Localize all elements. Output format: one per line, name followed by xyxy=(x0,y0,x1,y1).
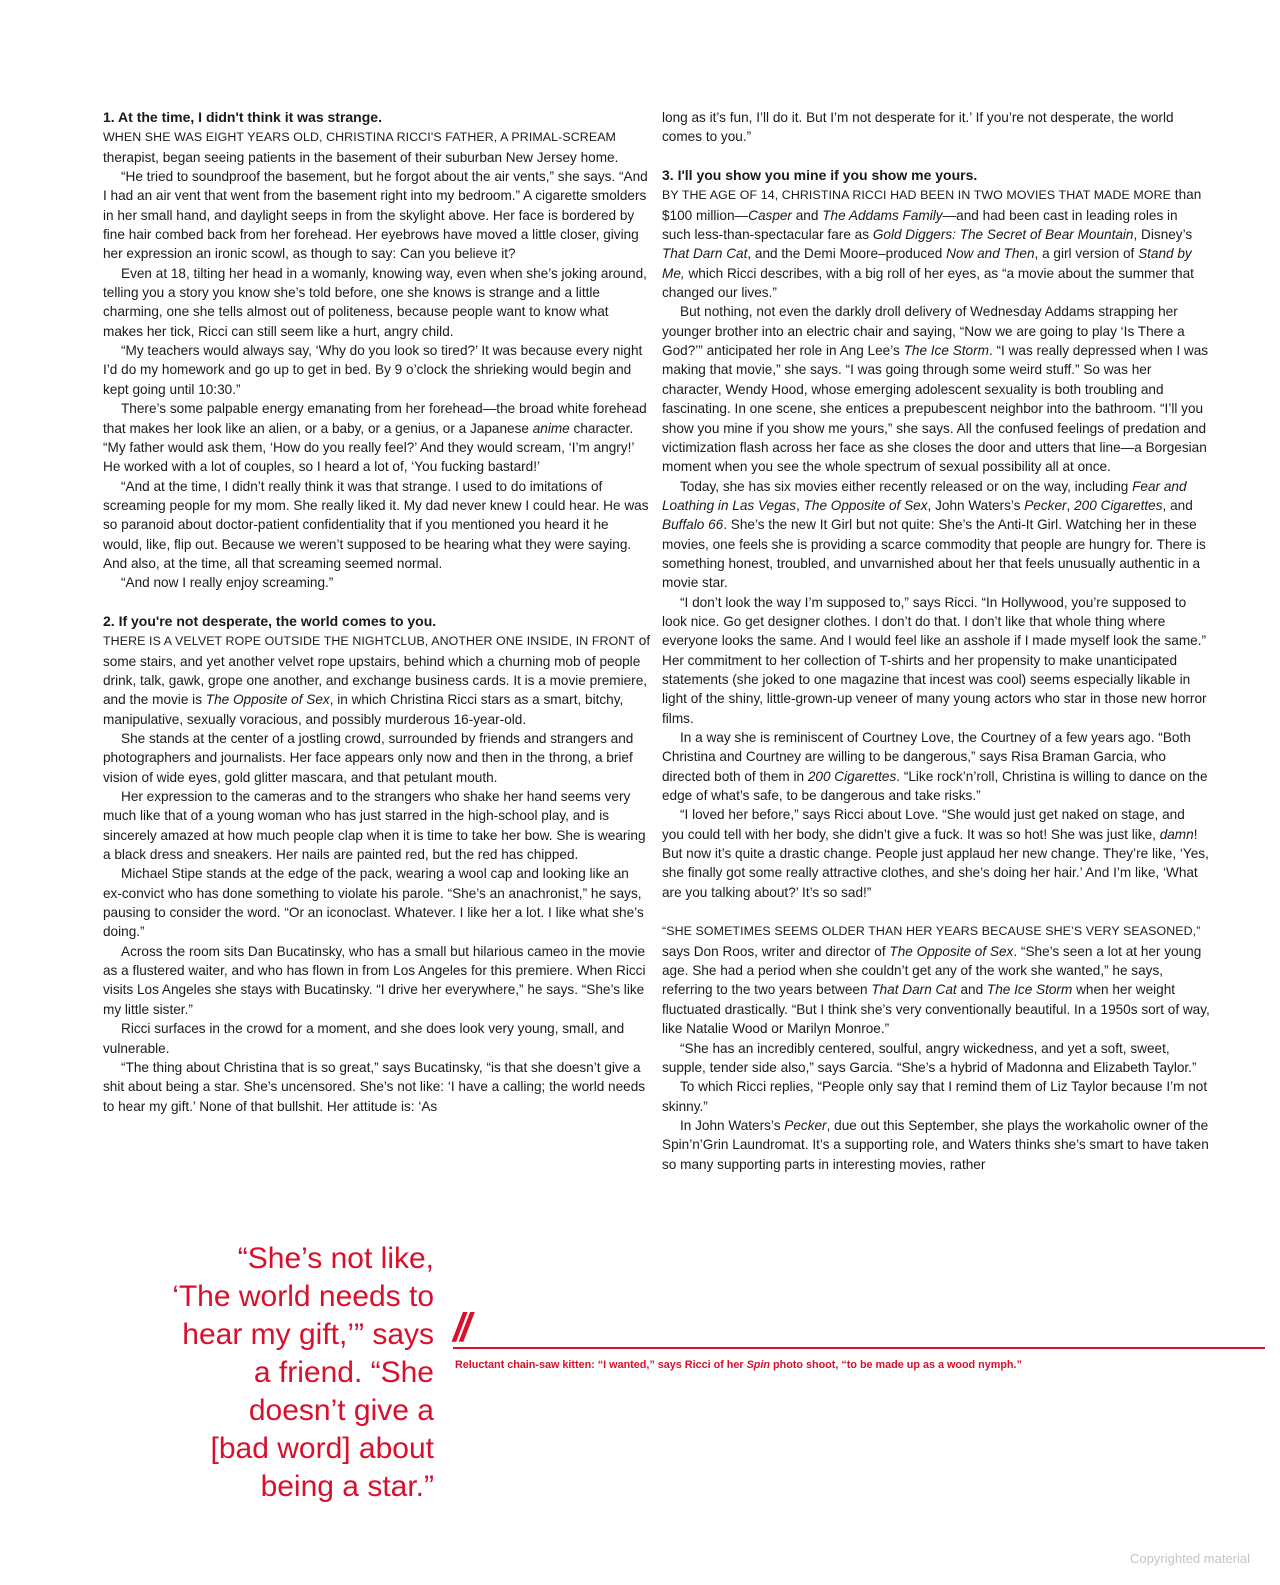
paragraph: “And at the time, I didn’t really think … xyxy=(103,477,651,574)
section-gap xyxy=(662,147,1210,166)
section-3: 3. I'll you show you mine if you show me… xyxy=(662,166,1210,902)
paragraph: “She has an incredibly centered, soulful… xyxy=(662,1039,1210,1078)
pull-quote-line: a friend. “She xyxy=(110,1354,434,1392)
lede-caps: THERE IS A VELVET ROPE OUTSIDE THE NIGHT… xyxy=(103,634,635,648)
paragraph: Even at 18, tilting her head in a womanl… xyxy=(103,264,651,341)
paragraph: Michael Stipe stands at the edge of the … xyxy=(103,864,651,941)
paragraph: “He tried to soundproof the basement, bu… xyxy=(103,167,651,264)
section-1: 1. At the time, I didn't think it was st… xyxy=(103,108,651,593)
paragraph: “And now I really enjoy screaming.” xyxy=(103,573,651,592)
paragraph: “I don’t look the way I’m supposed to,” … xyxy=(662,593,1210,728)
lede-caps: BY THE AGE OF 14, CHRISTINA RICCI HAD BE… xyxy=(662,188,1171,202)
pull-quote-line: “She’s not like, xyxy=(110,1240,434,1278)
section-2-heading: 2. If you're not desperate, the world co… xyxy=(103,612,651,631)
right-column: long as it’s fun, I’ll do it. But I’m no… xyxy=(662,108,1210,1174)
left-column: 1. At the time, I didn't think it was st… xyxy=(103,108,651,1116)
paragraph: Her expression to the cameras and to the… xyxy=(103,787,651,864)
pull-quote-line: hear my gift,’” says xyxy=(110,1316,434,1354)
paragraph: In a way she is reminiscent of Courtney … xyxy=(662,728,1210,805)
pull-quote-line: doesn’t give a xyxy=(110,1392,434,1430)
section-gap xyxy=(103,593,651,612)
pull-quote-line: being a star.” xyxy=(110,1468,434,1506)
paragraph: “My teachers would always say, ‘Why do y… xyxy=(103,341,651,399)
lede-caps: “SHE SOMETIMES SEEMS OLDER THAN HER YEAR… xyxy=(662,924,1200,938)
section-gap xyxy=(662,902,1210,921)
paragraph: But nothing, not even the darkly droll d… xyxy=(662,302,1210,476)
caption-slash-marker-icon: // xyxy=(453,1308,467,1348)
section-1-heading: 1. At the time, I didn't think it was st… xyxy=(103,108,651,127)
lede-caps: WHEN SHE WAS EIGHT YEARS OLD, CHRISTINA … xyxy=(103,130,616,144)
section-4-lede: “SHE SOMETIMES SEEMS OLDER THAN HER YEAR… xyxy=(662,921,1210,1038)
section-3-heading: 3. I'll you show you mine if you show me… xyxy=(662,166,1210,185)
continuation-paragraph: long as it’s fun, I’ll do it. But I’m no… xyxy=(662,108,1210,147)
paragraph: Across the room sits Dan Bucatinsky, who… xyxy=(103,942,651,1019)
section-3-lede: BY THE AGE OF 14, CHRISTINA RICCI HAD BE… xyxy=(662,185,1210,302)
copyright-watermark: Copyrighted material xyxy=(1130,1551,1250,1566)
section-4: “SHE SOMETIMES SEEMS OLDER THAN HER YEAR… xyxy=(662,921,1210,1173)
caption-red-rule xyxy=(453,1347,1265,1349)
pull-quote-line: ‘The world needs to xyxy=(110,1278,434,1316)
paragraph: She stands at the center of a jostling c… xyxy=(103,729,651,787)
paragraph: “The thing about Christina that is so gr… xyxy=(103,1058,651,1116)
section-2: 2. If you're not desperate, the world co… xyxy=(103,612,651,1116)
photo-caption: Reluctant chain-saw kitten: “I wanted,” … xyxy=(455,1358,1022,1372)
paragraph: “I loved her before,” says Ricci about L… xyxy=(662,805,1210,902)
paragraph: There’s some palpable energy emanating f… xyxy=(103,399,651,476)
paragraph: To which Ricci replies, “People only say… xyxy=(662,1077,1210,1116)
section-1-lede: WHEN SHE WAS EIGHT YEARS OLD, CHRISTINA … xyxy=(103,127,651,167)
paragraph: In John Waters’s Pecker, due out this Se… xyxy=(662,1116,1210,1174)
pull-quote: “She’s not like, ‘The world needs to hea… xyxy=(110,1240,434,1506)
pull-quote-line: [bad word] about xyxy=(110,1430,434,1468)
paragraph: Today, she has six movies either recentl… xyxy=(662,477,1210,593)
paragraph: Ricci surfaces in the crowd for a moment… xyxy=(103,1019,651,1058)
section-2-lede: THERE IS A VELVET ROPE OUTSIDE THE NIGHT… xyxy=(103,631,651,729)
